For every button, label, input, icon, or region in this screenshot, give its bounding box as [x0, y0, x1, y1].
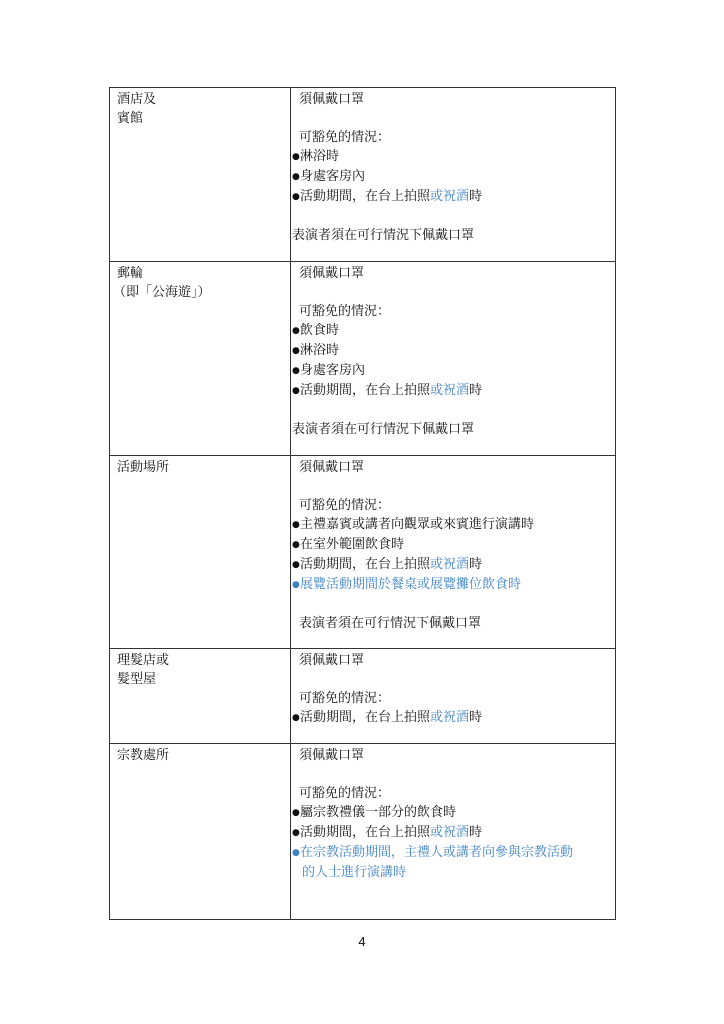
venue-label: 賓館 [117, 109, 290, 128]
list-item: ●身處客房內 [292, 361, 615, 381]
exempt-heading: 可豁免的情況： [292, 784, 615, 803]
amended-text: 或祝酒 [430, 710, 469, 725]
page-number: 4 [0, 934, 724, 949]
list-item: ●在室外範圍飲食時 [292, 535, 615, 555]
list-item: ●飲食時 [292, 321, 615, 341]
list-item: ●活動期間，在台上拍照或祝酒時 [292, 555, 615, 575]
venue-cell: 宗教處所 [110, 744, 291, 919]
bullet-icon: ● [292, 516, 300, 535]
amended-text: 或祝酒 [430, 189, 469, 204]
table-row-religious-premises: 宗教處所 須佩戴口罩 可豁免的情況： ●屬宗教禮儀一部分的飲食時 ●活動期間，在… [110, 744, 615, 920]
venue-cell: 活動場所 [110, 456, 291, 648]
venue-label: 髮型屋 [117, 670, 290, 689]
exempt-heading: 可豁免的情況： [292, 128, 615, 147]
list-item: ●淋浴時 [292, 341, 615, 361]
list-item: ●身處客房內 [292, 167, 615, 187]
requirement-cell: 須佩戴口罩 可豁免的情況： ●活動期間，在台上拍照或祝酒時 [291, 649, 615, 743]
list-item: ●活動期間，在台上拍照或祝酒時 [292, 187, 615, 207]
bullet-icon: ● [292, 576, 300, 595]
must-wear-text: 須佩戴口罩 [292, 458, 615, 477]
must-wear-text: 須佩戴口罩 [292, 264, 615, 283]
requirement-cell: 須佩戴口罩 可豁免的情況： ●淋浴時 ●身處客房內 ●活動期間，在台上拍照或祝酒… [291, 88, 615, 261]
bullet-icon: ● [292, 342, 300, 361]
requirement-cell: 須佩戴口罩 可豁免的情況： ●屬宗教禮儀一部分的飲食時 ●活動期間，在台上拍照或… [291, 744, 615, 919]
venue-cell: 郵輪 （即「公海遊」） [110, 262, 291, 455]
exempt-heading: 可豁免的情況： [292, 302, 615, 321]
requirement-cell: 須佩戴口罩 可豁免的情況： ●飲食時 ●淋浴時 ●身處客房內 ●活動期間，在台上… [291, 262, 615, 455]
amended-text: 或祝酒 [430, 825, 469, 840]
table-row-barber: 理髮店或 髮型屋 須佩戴口罩 可豁免的情況： ●活動期間，在台上拍照或祝酒時 [110, 649, 615, 744]
list-item: ●活動期間，在台上拍照或祝酒時 [292, 381, 615, 401]
list-item: ●活動期間，在台上拍照或祝酒時 [292, 708, 615, 728]
list-item-amended: ●在宗教活動期間，主禮人或講者向參與宗教活動 [292, 843, 615, 863]
table-row-hotels: 酒店及 賓館 須佩戴口罩 可豁免的情況： ●淋浴時 ●身處客房內 ●活動期間，在… [110, 88, 615, 262]
bullet-icon: ● [292, 382, 300, 401]
must-wear-text: 須佩戴口罩 [292, 746, 615, 765]
table-row-cruise: 郵輪 （即「公海遊」） 須佩戴口罩 可豁免的情況： ●飲食時 ●淋浴時 ●身處客… [110, 262, 615, 456]
bullet-icon: ● [292, 824, 300, 843]
venue-cell: 酒店及 賓館 [110, 88, 291, 261]
venue-label: 酒店及 [117, 90, 290, 109]
amended-text: 或祝酒 [430, 383, 469, 398]
bullet-icon: ● [292, 362, 300, 381]
venue-label: 理髮店或 [117, 651, 290, 670]
mask-requirements-table: 酒店及 賓館 須佩戴口罩 可豁免的情況： ●淋浴時 ●身處客房內 ●活動期間，在… [109, 87, 616, 920]
bullet-icon: ● [292, 556, 300, 575]
list-item: ●屬宗教禮儀一部分的飲食時 [292, 803, 615, 823]
performer-note: 表演者須在可行情況下佩戴口罩 [292, 226, 615, 245]
venue-label: 活動場所 [117, 458, 290, 477]
bullet-icon: ● [292, 188, 300, 207]
table-row-event-premises: 活動場所 須佩戴口罩 可豁免的情況： ●主禮嘉賓或講者向觀眾或來賓進行演講時 ●… [110, 456, 615, 649]
venue-label: 郵輪 [117, 264, 290, 283]
exempt-heading: 可豁免的情況： [292, 496, 615, 515]
list-item: ●淋浴時 [292, 147, 615, 167]
venue-cell: 理髮店或 髮型屋 [110, 649, 291, 743]
exempt-heading: 可豁免的情況： [292, 689, 615, 708]
list-item-amended-continuation: 的人士進行演講時 [292, 863, 615, 882]
bullet-icon: ● [292, 322, 300, 341]
list-item: ●主禮嘉賓或講者向觀眾或來賓進行演講時 [292, 515, 615, 535]
venue-label: （即「公海遊」） [113, 283, 290, 302]
list-item-amended: ●展覽活動期間於餐桌或展覽攤位飲食時 [292, 575, 615, 595]
bullet-icon: ● [292, 148, 300, 167]
venue-label: 宗教處所 [117, 746, 290, 765]
performer-note: 表演者須在可行情況下佩戴口罩 [292, 420, 615, 439]
bullet-icon: ● [292, 168, 300, 187]
bullet-icon: ● [292, 804, 300, 823]
performer-note: 表演者須在可行情況下佩戴口罩 [292, 614, 615, 633]
requirement-cell: 須佩戴口罩 可豁免的情況： ●主禮嘉賓或講者向觀眾或來賓進行演講時 ●在室外範圍… [291, 456, 615, 648]
bullet-icon: ● [292, 844, 300, 863]
list-item: ●活動期間，在台上拍照或祝酒時 [292, 823, 615, 843]
bullet-icon: ● [292, 709, 300, 728]
amended-text: 或祝酒 [430, 557, 469, 572]
bullet-icon: ● [292, 536, 300, 555]
must-wear-text: 須佩戴口罩 [292, 651, 615, 670]
must-wear-text: 須佩戴口罩 [292, 90, 615, 109]
